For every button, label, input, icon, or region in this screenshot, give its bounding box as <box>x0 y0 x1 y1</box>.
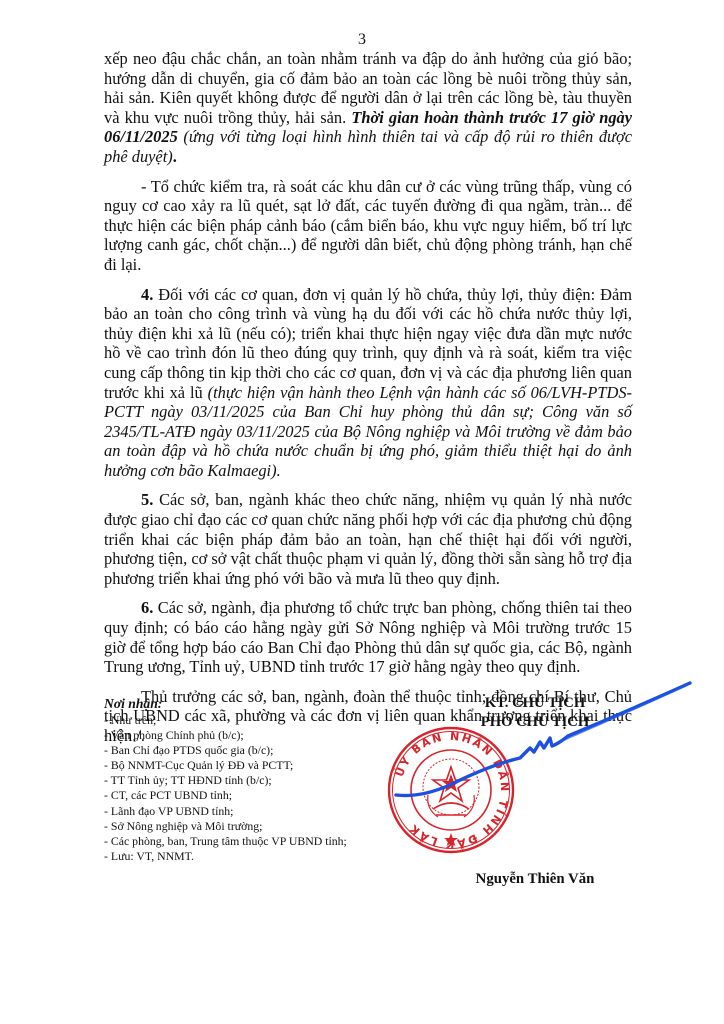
recipient-item: - Bộ NNMT-Cục Quản lý ĐĐ và PCTT; <box>104 758 404 773</box>
signer-name: Nguyễn Thiên Văn <box>430 870 640 888</box>
official-seal-icon: ỦY BAN NHÂN DÂN TỈNH ĐẮK LẮK <box>386 725 516 855</box>
item-number: 5. <box>141 490 153 509</box>
paragraph-end: . <box>173 147 177 166</box>
recipient-item: - Các phòng, ban, Trung tâm thuộc VP UBN… <box>104 834 404 849</box>
paragraph-boat-safety: xếp neo đậu chắc chắn, an toàn nhằm trán… <box>104 49 632 167</box>
paragraph-text: Các sở, ban, ngành khác theo chức năng, … <box>104 490 632 587</box>
deadline-note: (ứng với từng loại hình hình thiên tai v… <box>104 127 632 166</box>
paragraph-item-6: 6. Các sở, ngành, địa phương tổ chức trự… <box>104 598 632 676</box>
item-number: 4. <box>141 285 153 304</box>
recipient-item: - TT Tỉnh ủy; TT HĐND tỉnh (b/c); <box>104 773 404 788</box>
recipient-item: - Ban Chỉ đạo PTDS quốc gia (b/c); <box>104 743 404 758</box>
item-number: 6. <box>141 598 153 617</box>
recipient-item: - Sở Nông nghiệp và Môi trường; <box>104 819 404 834</box>
paragraph-text: Các sở, ngành, địa phương tổ chức trực b… <box>104 598 632 676</box>
recipient-item: - Lưu: VT, NNMT. <box>104 849 404 864</box>
recipients-list: - Như trên; - Văn phòng Chính phủ (b/c);… <box>104 713 404 864</box>
page-number: 3 <box>0 31 724 49</box>
recipients-title: Nơi nhận: <box>104 696 404 712</box>
recipient-item: - Lãnh đạo VP UBND tỉnh; <box>104 804 404 819</box>
recipient-item: - Như trên; <box>104 713 404 728</box>
recipient-item: - Văn phòng Chính phủ (b/c); <box>104 728 404 743</box>
paragraph-inspection: - Tổ chức kiểm tra, rà soát các khu dân … <box>104 177 632 275</box>
paragraph-item-5: 5. Các sở, ban, ngành khác theo chức năn… <box>104 490 632 588</box>
recipients-block: Nơi nhận: - Như trên; - Văn phòng Chính … <box>104 696 404 864</box>
recipient-item: - CT, các PCT UBND tỉnh; <box>104 788 404 803</box>
paragraph-item-4: 4. Đối với các cơ quan, đơn vị quản lý h… <box>104 285 632 481</box>
signer-authority: KT. CHỦ TỊCH <box>430 694 640 713</box>
paragraph-text: - Tổ chức kiểm tra, rà soát các khu dân … <box>104 177 632 274</box>
document-body: xếp neo đậu chắc chắn, an toàn nhằm trán… <box>104 49 632 756</box>
